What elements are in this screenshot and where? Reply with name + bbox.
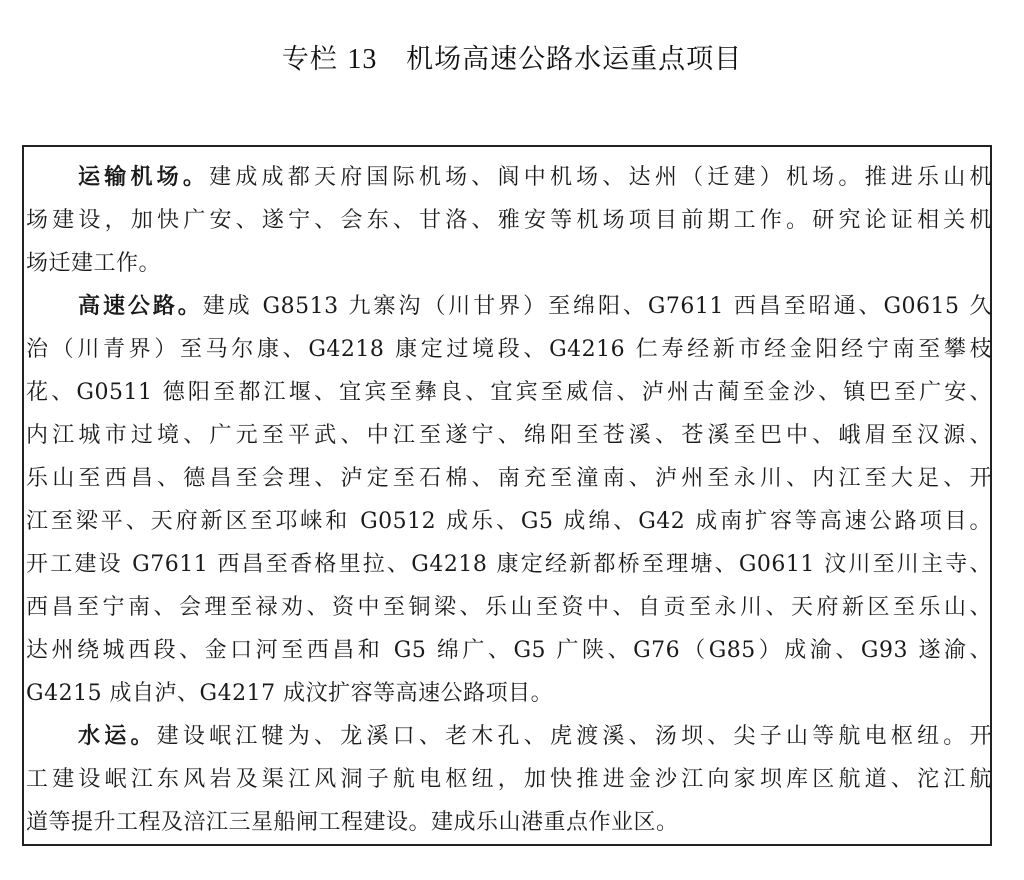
expressway-line-5: 乐山至西昌、德昌至会理、泸定至石棉、南充至潼南、泸州至永川、内江至大足、开: [26, 457, 992, 500]
expressway-line-9: 达州绕城西段、金口河至西昌和 G5 绵广、G5 广陕、G76（G85）成渝、G9…: [26, 629, 992, 672]
expressway-line-10: G4215 成自泸、G4217 成汶扩容等高速公路项目。: [26, 672, 992, 715]
expressway-line-3: 花、G0511 德阳至都江堰、宜宾至彝良、宜宾至威信、泸州古蔺至金沙、镇巴至广安…: [26, 371, 992, 414]
airport-line-1: 运输机场。建成成都天府国际机场、阆中机场、达州（迁建）机场。推进乐山机: [26, 156, 992, 199]
title-text: 机场高速公路水运重点项目: [406, 44, 742, 75]
airport-line-2: 场建设，加快广安、遂宁、会东、甘洛、雅安等机场项目前期工作。研究论证相关机: [26, 199, 992, 242]
airport-line-3: 场迁建工作。: [26, 242, 992, 285]
expressway-line-1: 高速公路。建成 G8513 九寨沟（川甘界）至绵阳、G7611 西昌至昭通、G0…: [26, 285, 992, 328]
waterway-text: 建设岷江犍为、龙溪口、老木孔、虎渡溪、汤坝、尖子山等航电枢纽。开: [157, 724, 992, 749]
expressway-line-7: 开工建设 G7611 西昌至香格里拉、G4218 康定经新都桥至理塘、G0611…: [26, 543, 992, 586]
waterway-heading: 水运。: [78, 724, 157, 749]
waterway-line-1: 水运。建设岷江犍为、龙溪口、老木孔、虎渡溪、汤坝、尖子山等航电枢纽。开: [26, 715, 992, 758]
expressway-heading: 高速公路。: [78, 294, 203, 319]
project-box: 运输机场。建成成都天府国际机场、阆中机场、达州（迁建）机场。推进乐山机 场建设，…: [22, 145, 992, 846]
expressway-text: 建成 G8513 九寨沟（川甘界）至绵阳、G7611 西昌至昭通、G0615 久: [203, 294, 992, 319]
expressway-line-8: 西昌至宁南、会理至禄劝、资中至铜梁、乐山至资中、自贡至永川、天府新区至乐山、: [26, 586, 992, 629]
expressway-line-6: 江至梁平、天府新区至邛崃和 G0512 成乐、G5 成绵、G42 成南扩容等高速…: [26, 500, 992, 543]
waterway-line-3: 道等提升工程及涪江三星船闸工程建设。建成乐山港重点作业区。: [26, 801, 992, 844]
title-prefix: 专栏: [282, 44, 338, 75]
airport-text: 建成成都天府国际机场、阆中机场、达州（迁建）机场。推进乐山机: [209, 165, 992, 190]
expressway-line-4: 内江城市过境、广元至平武、中江至遂宁、绵阳至苍溪、苍溪至巴中、峨眉至汉源、: [26, 414, 992, 457]
waterway-line-2: 工建设岷江东风岩及渠江风洞子航电枢纽，加快推进金沙江向家坝库区航道、沱江航: [26, 758, 992, 801]
airport-heading: 运输机场。: [78, 165, 209, 190]
title-number: 13: [347, 44, 377, 75]
expressway-line-2: 治（川青界）至马尔康、G4218 康定过境段、G4216 仁寿经新市经金阳经宁南…: [26, 328, 992, 371]
box-content: 运输机场。建成成都天府国际机场、阆中机场、达州（迁建）机场。推进乐山机 场建设，…: [26, 156, 992, 844]
page-title: 专栏 13 机场高速公路水运重点项目: [0, 40, 1024, 80]
